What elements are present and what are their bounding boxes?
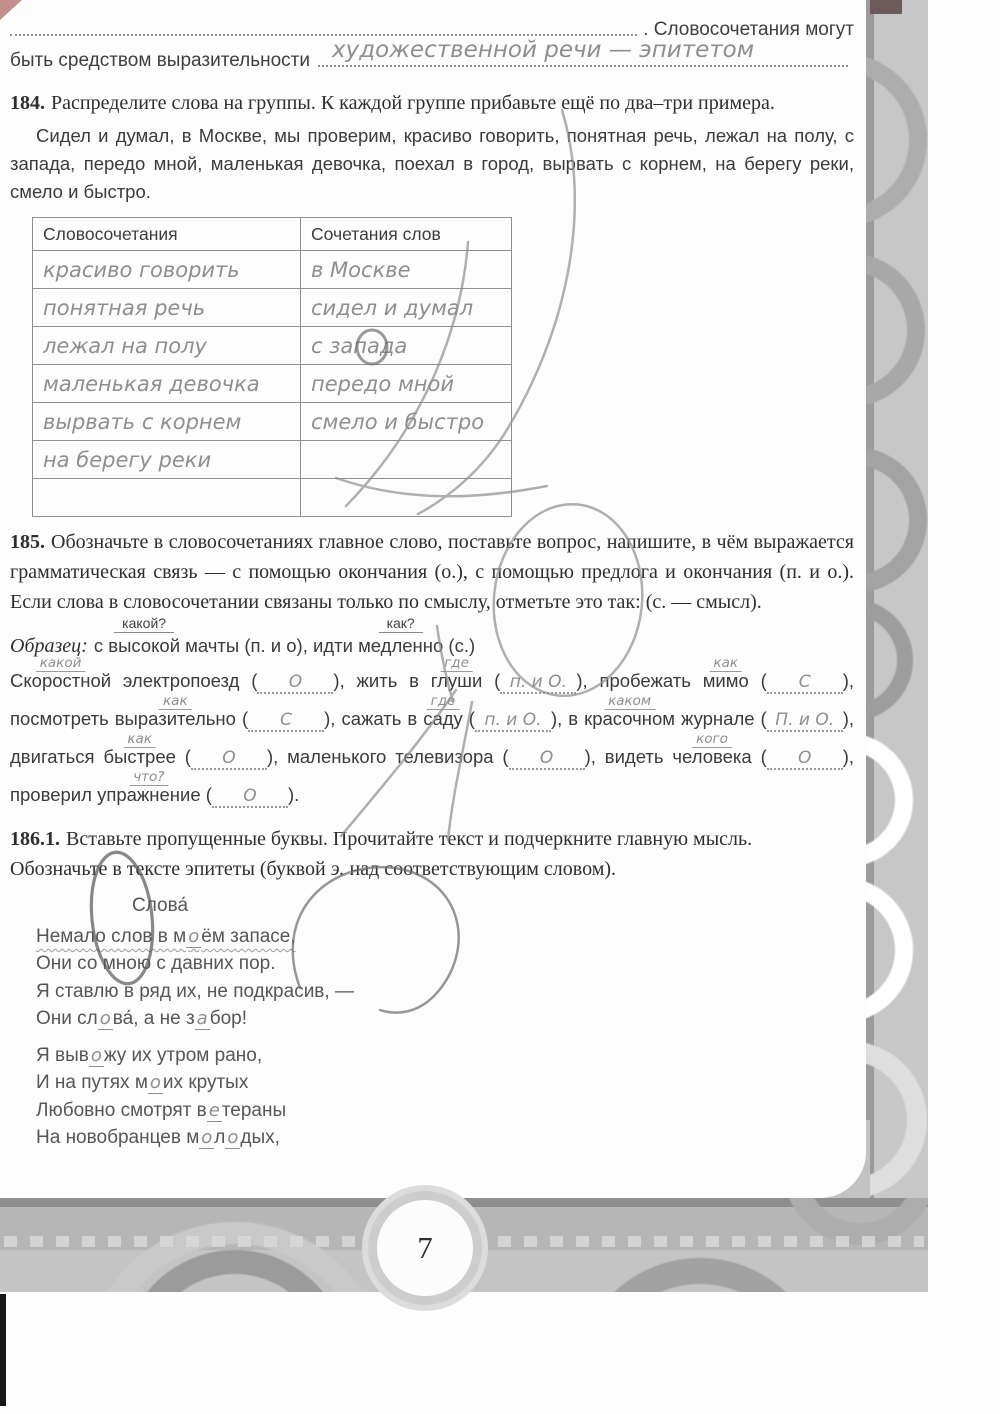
separator: , xyxy=(340,670,357,691)
answer-blank: П. и О. xyxy=(767,709,843,732)
separator: . xyxy=(294,784,299,805)
phrase-text xyxy=(752,746,761,767)
decorative-circles-strip xyxy=(866,0,928,1292)
handwritten-cell: красиво говорить xyxy=(43,258,240,282)
phrase-word: человека xyxy=(672,746,751,767)
answer-blank: О xyxy=(509,747,585,770)
answer-blank: п. и О. xyxy=(500,671,576,694)
separator: , xyxy=(849,708,854,729)
poem-line: Любовно смотрят ветераны xyxy=(36,1097,854,1125)
phrase-text: маленького xyxy=(287,746,395,767)
answer-blank: О xyxy=(212,785,288,808)
question-annotation: как? xyxy=(379,615,423,633)
poem-text: бор! xyxy=(210,1008,247,1029)
answer-blank: О xyxy=(191,747,267,770)
missing-letter: о xyxy=(199,1127,214,1149)
handwritten-question: как xyxy=(159,695,192,711)
exercise-number: 185. xyxy=(10,531,45,553)
poem-text: ва́, а не з xyxy=(113,1008,195,1029)
handwritten-question: где xyxy=(427,695,460,711)
handwritten-cell: передо мной xyxy=(311,372,454,396)
note-emphasis: э. xyxy=(331,858,345,880)
missing-letter: е xyxy=(207,1100,222,1122)
handwritten-cell: в Москве xyxy=(311,258,411,282)
phrase-text: двигаться xyxy=(10,746,103,767)
poem-text: их крутых xyxy=(163,1072,248,1093)
handwritten-mark: О xyxy=(222,748,235,768)
phrase-word: быстрее xyxy=(103,746,175,767)
handwritten-mark: О xyxy=(798,748,811,768)
handwritten-mark: П. и О. xyxy=(775,710,834,730)
handwritten-mark: С xyxy=(280,710,292,730)
poem: Слова́ Немало слов в моём запасе, Они со… xyxy=(36,892,854,1152)
annotated-word: какомкрасочном xyxy=(584,708,675,729)
answer-blank: С xyxy=(767,671,843,694)
annotated-word: что?упражнение xyxy=(97,784,201,805)
question-annotation: какой? xyxy=(114,615,174,633)
missing-letter: о xyxy=(225,1127,240,1149)
phrase-text: в xyxy=(568,708,584,729)
poem-text: На новобранцев м xyxy=(36,1127,199,1148)
handwritten-mark: п. и О. xyxy=(484,710,541,730)
exercise-185-statement: 185.Обозначьте в словосочетаниях главное… xyxy=(10,527,854,617)
handwritten-answer: художественной речи — эпитетом xyxy=(332,37,754,63)
phrase-item: проверил что?упражнение (О). xyxy=(10,784,299,805)
phrase-text: видеть xyxy=(605,746,673,767)
poem-line: Они слова́, а не забор! xyxy=(36,1005,854,1033)
annotated-word: каквыразительно xyxy=(115,708,236,729)
handwritten-mark: п. и О. xyxy=(510,672,567,692)
handwritten-question: как xyxy=(709,657,742,673)
handwritten-mark: О xyxy=(243,786,256,806)
table-row: красиво говоритьв Москве xyxy=(33,251,512,289)
answer-blank: п. и О. xyxy=(475,709,551,732)
handwritten-cell: на берегу реки xyxy=(43,448,211,472)
phrase-item: жить в гдеглуши (п. и О.), xyxy=(357,670,600,691)
table-row: на берегу реки xyxy=(33,441,512,479)
poem-line: Они со мною с давних пор. xyxy=(36,950,854,978)
phrase-word: саду xyxy=(423,708,463,729)
statement-text: Обозначьте в словосочетаниях главное сло… xyxy=(10,531,854,613)
handwritten-question: как xyxy=(123,733,156,749)
exercise-number: 186.1. xyxy=(10,828,60,850)
table-row xyxy=(33,479,512,517)
poem-text: Я ставлю в ряд их, не подкрасив, — xyxy=(36,981,354,1002)
table-row: маленькая девочкапередо мной xyxy=(33,365,512,403)
header-text-2: быть средством выразительности xyxy=(10,50,310,72)
poem-text: тераны xyxy=(222,1100,286,1121)
handwritten-question: каком xyxy=(604,695,655,711)
column-header-2: Сочетания слов xyxy=(301,218,512,251)
note-text: Обозначьте в тексте эпитеты (буквой xyxy=(10,858,331,880)
phrase-word: упражнение xyxy=(97,784,201,805)
missing-letter: о xyxy=(148,1072,163,1094)
answer-blank: С xyxy=(248,709,324,732)
sample-text: с xyxy=(94,635,108,656)
handwritten-cell: лежал на полу xyxy=(43,334,207,358)
classification-table: Словосочетания Сочетания слов красиво го… xyxy=(32,217,512,517)
phrase-word: выразительно xyxy=(115,708,236,729)
phrase-text: проверил xyxy=(10,784,97,805)
poem-text: Они сл xyxy=(36,1008,98,1029)
poem-line: И на путях моих крутых xyxy=(36,1069,854,1097)
handwritten-question: какой xyxy=(36,657,86,673)
poem-text: дых, xyxy=(240,1127,280,1148)
poem-text: жу их утром рано, xyxy=(104,1045,262,1066)
phrase-text xyxy=(749,670,761,691)
annotated-word: как?медленно xyxy=(358,635,443,656)
missing-letter: о xyxy=(186,926,201,948)
note-text: над соответствующим словом). xyxy=(345,858,616,880)
column-header-1: Словосочетания xyxy=(33,218,301,251)
handwritten-cell: вырвать с корнем xyxy=(43,410,241,434)
separator: , xyxy=(583,670,600,691)
handwritten-cell: маленькая девочка xyxy=(43,372,260,396)
phrase-text: посмотреть xyxy=(10,708,115,729)
workbook-page: 7 . Словосочетания могут быть средством … xyxy=(0,0,1000,1414)
handwritten-cell: сидел и думал xyxy=(311,296,473,320)
annotated-word: какойСкоростной xyxy=(10,670,111,691)
phrase-text xyxy=(482,670,494,691)
phrase-item: видеть когочеловека (О), xyxy=(605,746,854,767)
table-header-row: Словосочетания Сочетания слов xyxy=(33,218,512,251)
handwritten-mark: О xyxy=(289,672,302,692)
sample-word: высокой xyxy=(108,635,180,656)
handwritten-question: кого xyxy=(692,733,732,749)
table-row: лежал на полус запада xyxy=(33,327,512,365)
scan-edge-strip xyxy=(0,1294,6,1406)
handwritten-cell: понятная речь xyxy=(43,296,205,320)
poem-text: И на путях м xyxy=(36,1072,148,1093)
header-line-2: быть средством выразительности художеств… xyxy=(10,47,854,72)
poem-title: Слова́ xyxy=(132,892,854,920)
exercise-186-statement: 186.1.Вставьте пропущенные буквы. Прочит… xyxy=(10,824,854,854)
answer-blank: О xyxy=(767,747,843,770)
dotted-leader xyxy=(10,16,637,36)
handwritten-question: где xyxy=(440,657,473,673)
annotated-word: какмимо xyxy=(703,670,749,691)
phrase-word: телевизора xyxy=(395,746,493,767)
phrase-item: сажать в гдесаду (п. и О.), xyxy=(341,708,568,729)
sample-text: (с.) xyxy=(443,635,475,656)
poem-line: На новобранцев молодых, xyxy=(36,1124,854,1152)
statement-text: Вставьте пропущенные буквы. Прочитайте т… xyxy=(66,828,752,850)
poem-line: Я ставлю в ряд их, не подкрасив, — xyxy=(36,978,854,1006)
statement-text: Распределите слова на группы. К каждой г… xyxy=(51,92,775,114)
annotated-word: какой?высокой xyxy=(108,635,180,656)
separator: , xyxy=(330,708,341,729)
poem-line: Немало слов в моём запасе, xyxy=(36,923,854,951)
handwritten-mark: О xyxy=(540,748,553,768)
red-corner-mark xyxy=(0,0,22,20)
handwritten-cell: с запада xyxy=(311,334,407,358)
separator: , xyxy=(849,746,854,767)
separator: , xyxy=(557,708,568,729)
poem-text: л xyxy=(214,1127,225,1148)
answer-blank: О xyxy=(257,671,333,694)
dotted-leader-with-answer: художественной речи — эпитетом xyxy=(318,47,848,67)
phrase-word: Скоростной xyxy=(10,670,111,691)
dark-top-mark xyxy=(870,0,902,14)
table-row: вырвать с корнемсмело и быстро xyxy=(33,403,512,441)
exercise-185-phrases: какойСкоростной электропоезд (О), жить в… xyxy=(10,662,854,814)
separator: , xyxy=(849,670,854,691)
phrase-item: посмотреть каквыразительно (С), xyxy=(10,708,341,729)
sample-text: мачты (п. и о), идти xyxy=(180,635,358,656)
phrase-item: пробежать какмимо (С), xyxy=(599,670,854,691)
exercise-184-statement: 184.Распределите слова на группы. К кажд… xyxy=(10,88,854,118)
table-row: понятная речьсидел и думал xyxy=(33,289,512,327)
separator: , xyxy=(273,746,287,767)
poem-text: Любовно смотрят в xyxy=(36,1100,207,1121)
phrase-text: сажать в xyxy=(341,708,423,729)
phrase-text: жить в xyxy=(357,670,431,691)
separator: , xyxy=(591,746,605,767)
missing-letter: о xyxy=(89,1045,104,1067)
phrase-item: в какомкрасочном журнале (П. и О.), xyxy=(568,708,854,729)
poem-text: Они со мною с давних пор. xyxy=(36,953,276,974)
phrase-word: мимо xyxy=(703,670,749,691)
missing-letter: а xyxy=(195,1008,210,1030)
poem-text: Я выв xyxy=(36,1045,89,1066)
poem-text: Немало слов в м xyxy=(36,926,186,947)
poem-line: Я вывожу их утром рано, xyxy=(36,1042,854,1070)
phrase-item: какойСкоростной электропоезд (О), xyxy=(10,670,357,691)
phrase-word: глуши xyxy=(431,670,483,691)
page-number: 7 xyxy=(417,1230,433,1266)
content-card: . Словосочетания могут быть средством вы… xyxy=(0,0,866,1198)
exercise-number: 184. xyxy=(10,92,45,114)
handwritten-question: что? xyxy=(129,771,168,787)
phrase-text: пробежать xyxy=(599,670,702,691)
annotated-word: какбыстрее xyxy=(103,746,175,767)
handwritten-cell: смело и быстро xyxy=(311,410,484,434)
annotated-word: когочеловека xyxy=(672,746,751,767)
handwritten-mark: С xyxy=(799,672,811,692)
page-number-badge: 7 xyxy=(377,1200,473,1296)
phrase-item: маленького телевизора (О), xyxy=(287,746,605,767)
sample-word: медленно xyxy=(358,635,443,656)
phrase-text: электропоезд xyxy=(111,670,251,691)
annotated-word: гдеглуши xyxy=(431,670,483,691)
phrase-item: двигаться какбыстрее (О), xyxy=(10,746,287,767)
phrase-text xyxy=(176,746,185,767)
poem-text: ём запасе, xyxy=(201,926,295,947)
exercise-186-note: Обозначьте в тексте эпитеты (буквой э. н… xyxy=(10,854,854,884)
phrase-word: красочном xyxy=(584,708,675,729)
missing-letter: о xyxy=(98,1008,113,1030)
exercise-184-word-list: Сидел и думал, в Москве, мы проверим, кр… xyxy=(10,122,854,205)
annotated-word: гдесаду xyxy=(423,708,463,729)
phrase-text: журнале xyxy=(675,708,761,729)
